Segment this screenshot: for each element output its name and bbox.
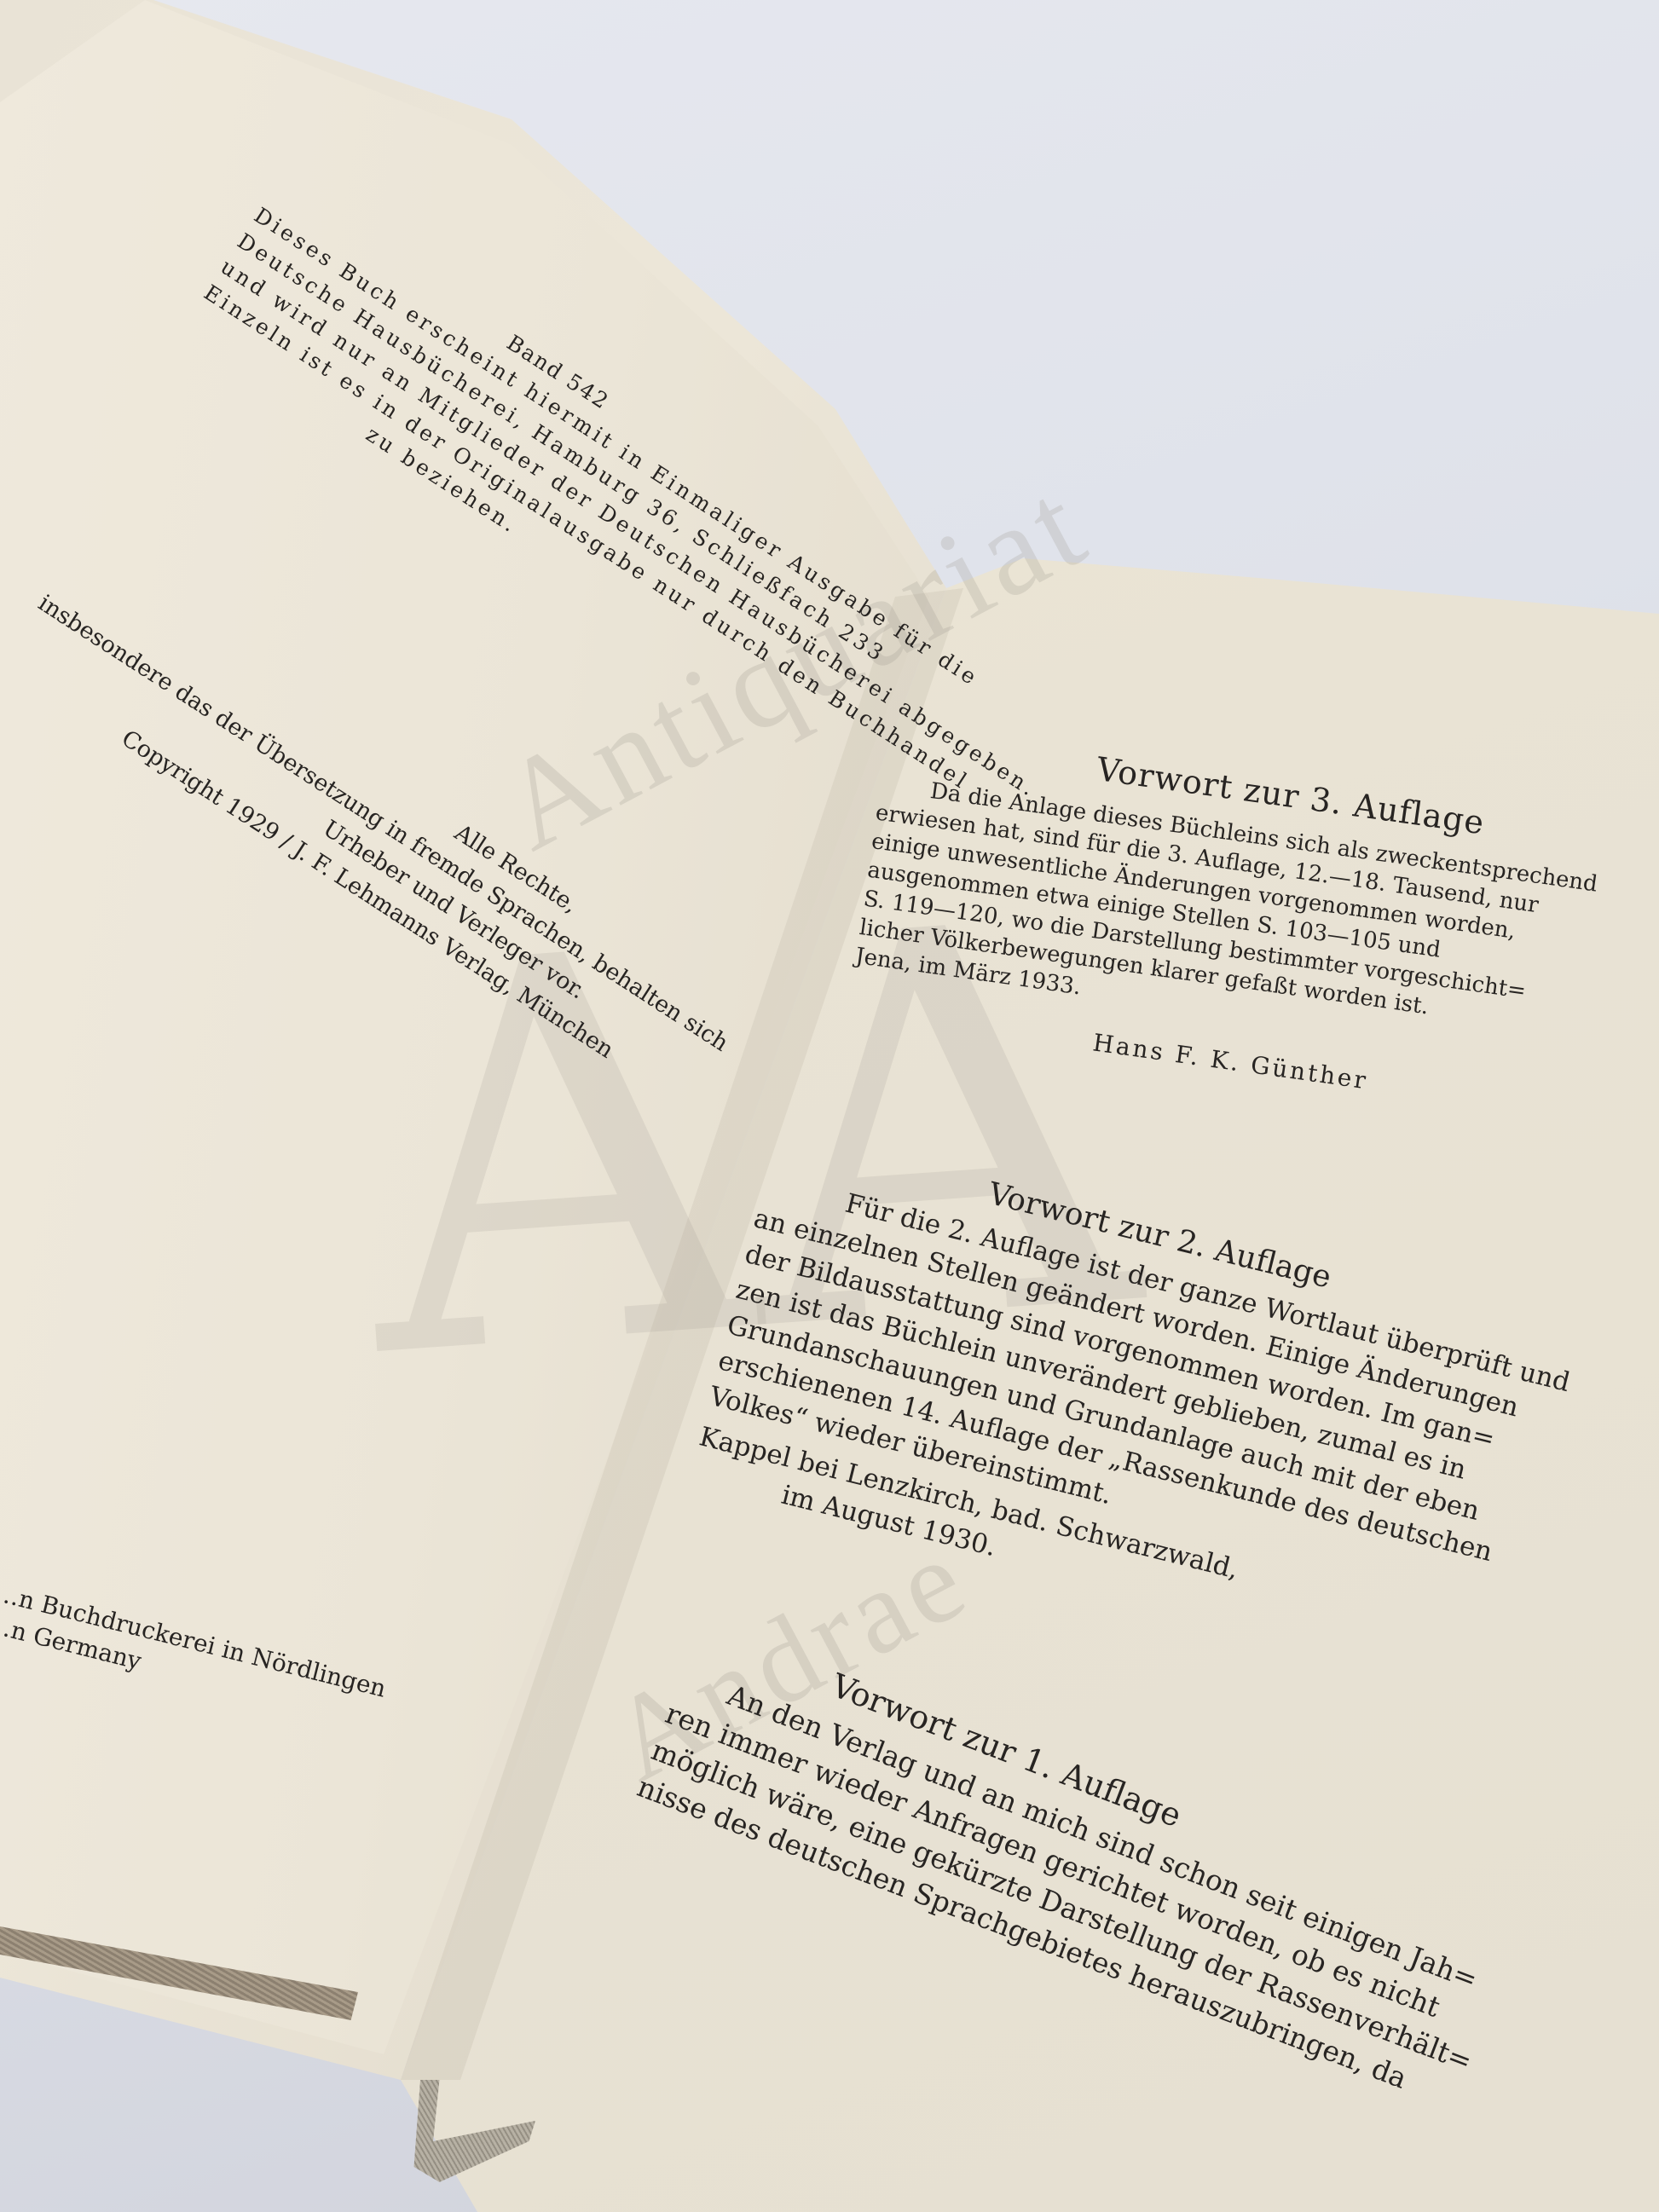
photo-scene: AA Antiquariat Andrae Band 542 Dieses Bu…: [0, 0, 1659, 2212]
